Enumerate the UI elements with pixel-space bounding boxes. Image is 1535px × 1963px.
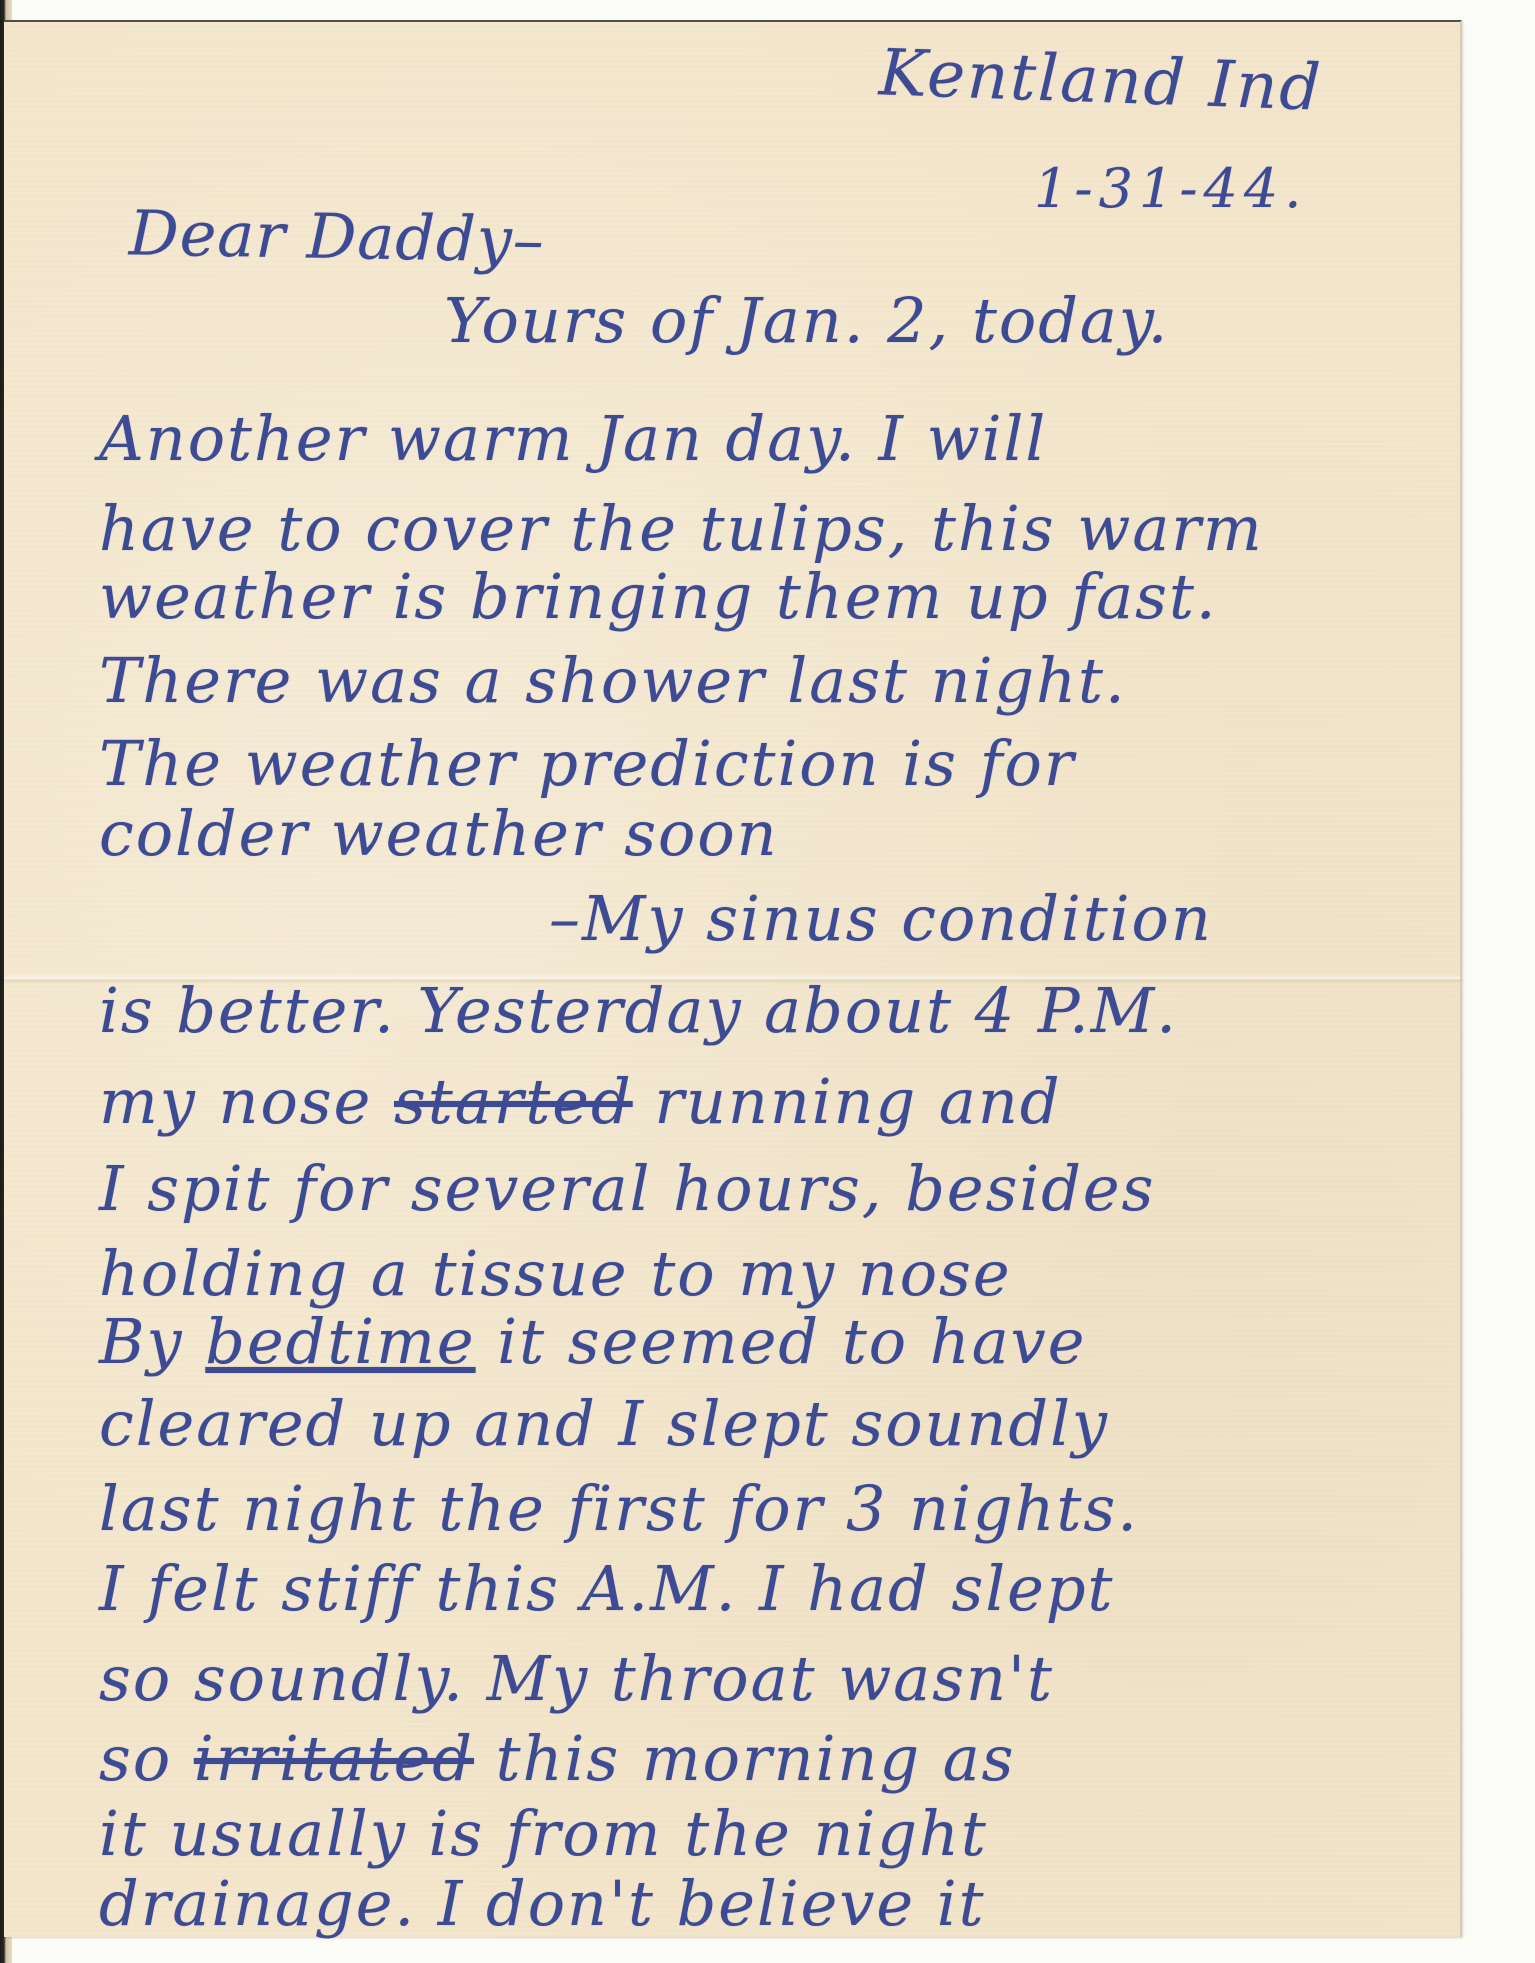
letter-line-10: my nose started running and (99, 1065, 1062, 1138)
line-text: By (99, 1305, 205, 1378)
letter-salutation: Dear Daddy– (128, 196, 545, 276)
letter-line-11: I spit for several hours, besides (99, 1152, 1155, 1225)
letter-line-13: By bedtime it seemed to have (99, 1305, 1086, 1378)
letter-line-18: so irritated this morning as (99, 1722, 1016, 1795)
underlined-word: bedtime (205, 1305, 475, 1378)
letter-line-9: is better. Yesterday about 4 P.M. (99, 974, 1178, 1047)
struck-word: irritated (194, 1722, 474, 1795)
letter-line-5: There was a shower last night. (99, 644, 1127, 717)
letter-line-4: weather is bringing them up fast. (99, 560, 1218, 633)
letter-line-20: drainage. I don't believe it (99, 1867, 986, 1940)
letter-line-15: last night the first for 3 nights. (99, 1472, 1139, 1545)
letter-line-7: colder weather soon (99, 797, 779, 870)
letter-line-14: cleared up and I slept soundly (99, 1387, 1109, 1460)
letter-line-1: Yours of Jan. 2, today. (444, 284, 1169, 357)
letter-line-19: it usually is from the night (99, 1797, 988, 1870)
letter-line-3: have to cover the tulips, this warm (99, 492, 1264, 565)
letter-paper: Kentland Ind 1-31-44. Dear Daddy– Yours … (4, 20, 1462, 1937)
line-text: this morning as (474, 1722, 1016, 1795)
line-text: so (99, 1722, 194, 1795)
letter-line-16: I felt stiff this A.M. I had slept (99, 1552, 1114, 1625)
letter-line-12: holding a tissue to my nose (99, 1237, 1012, 1310)
line-text: my nose (99, 1065, 394, 1138)
struck-word: started (394, 1065, 633, 1138)
scanned-letter-page: www.genealogylady.net Kentland Ind 1-31-… (0, 0, 1535, 1963)
letter-line-6: The weather prediction is for (99, 727, 1076, 800)
letter-line-8: –My sinus condition (549, 882, 1213, 955)
line-text: running and (633, 1065, 1062, 1138)
letter-line-17: so soundly. My throat wasn't (99, 1642, 1054, 1715)
letter-date: 1-31-44. (1034, 157, 1307, 220)
line-text: it seemed to have (476, 1305, 1087, 1378)
letter-line-2: Another warm Jan day. I will (99, 402, 1047, 475)
letter-place: Kentland Ind (878, 36, 1324, 125)
